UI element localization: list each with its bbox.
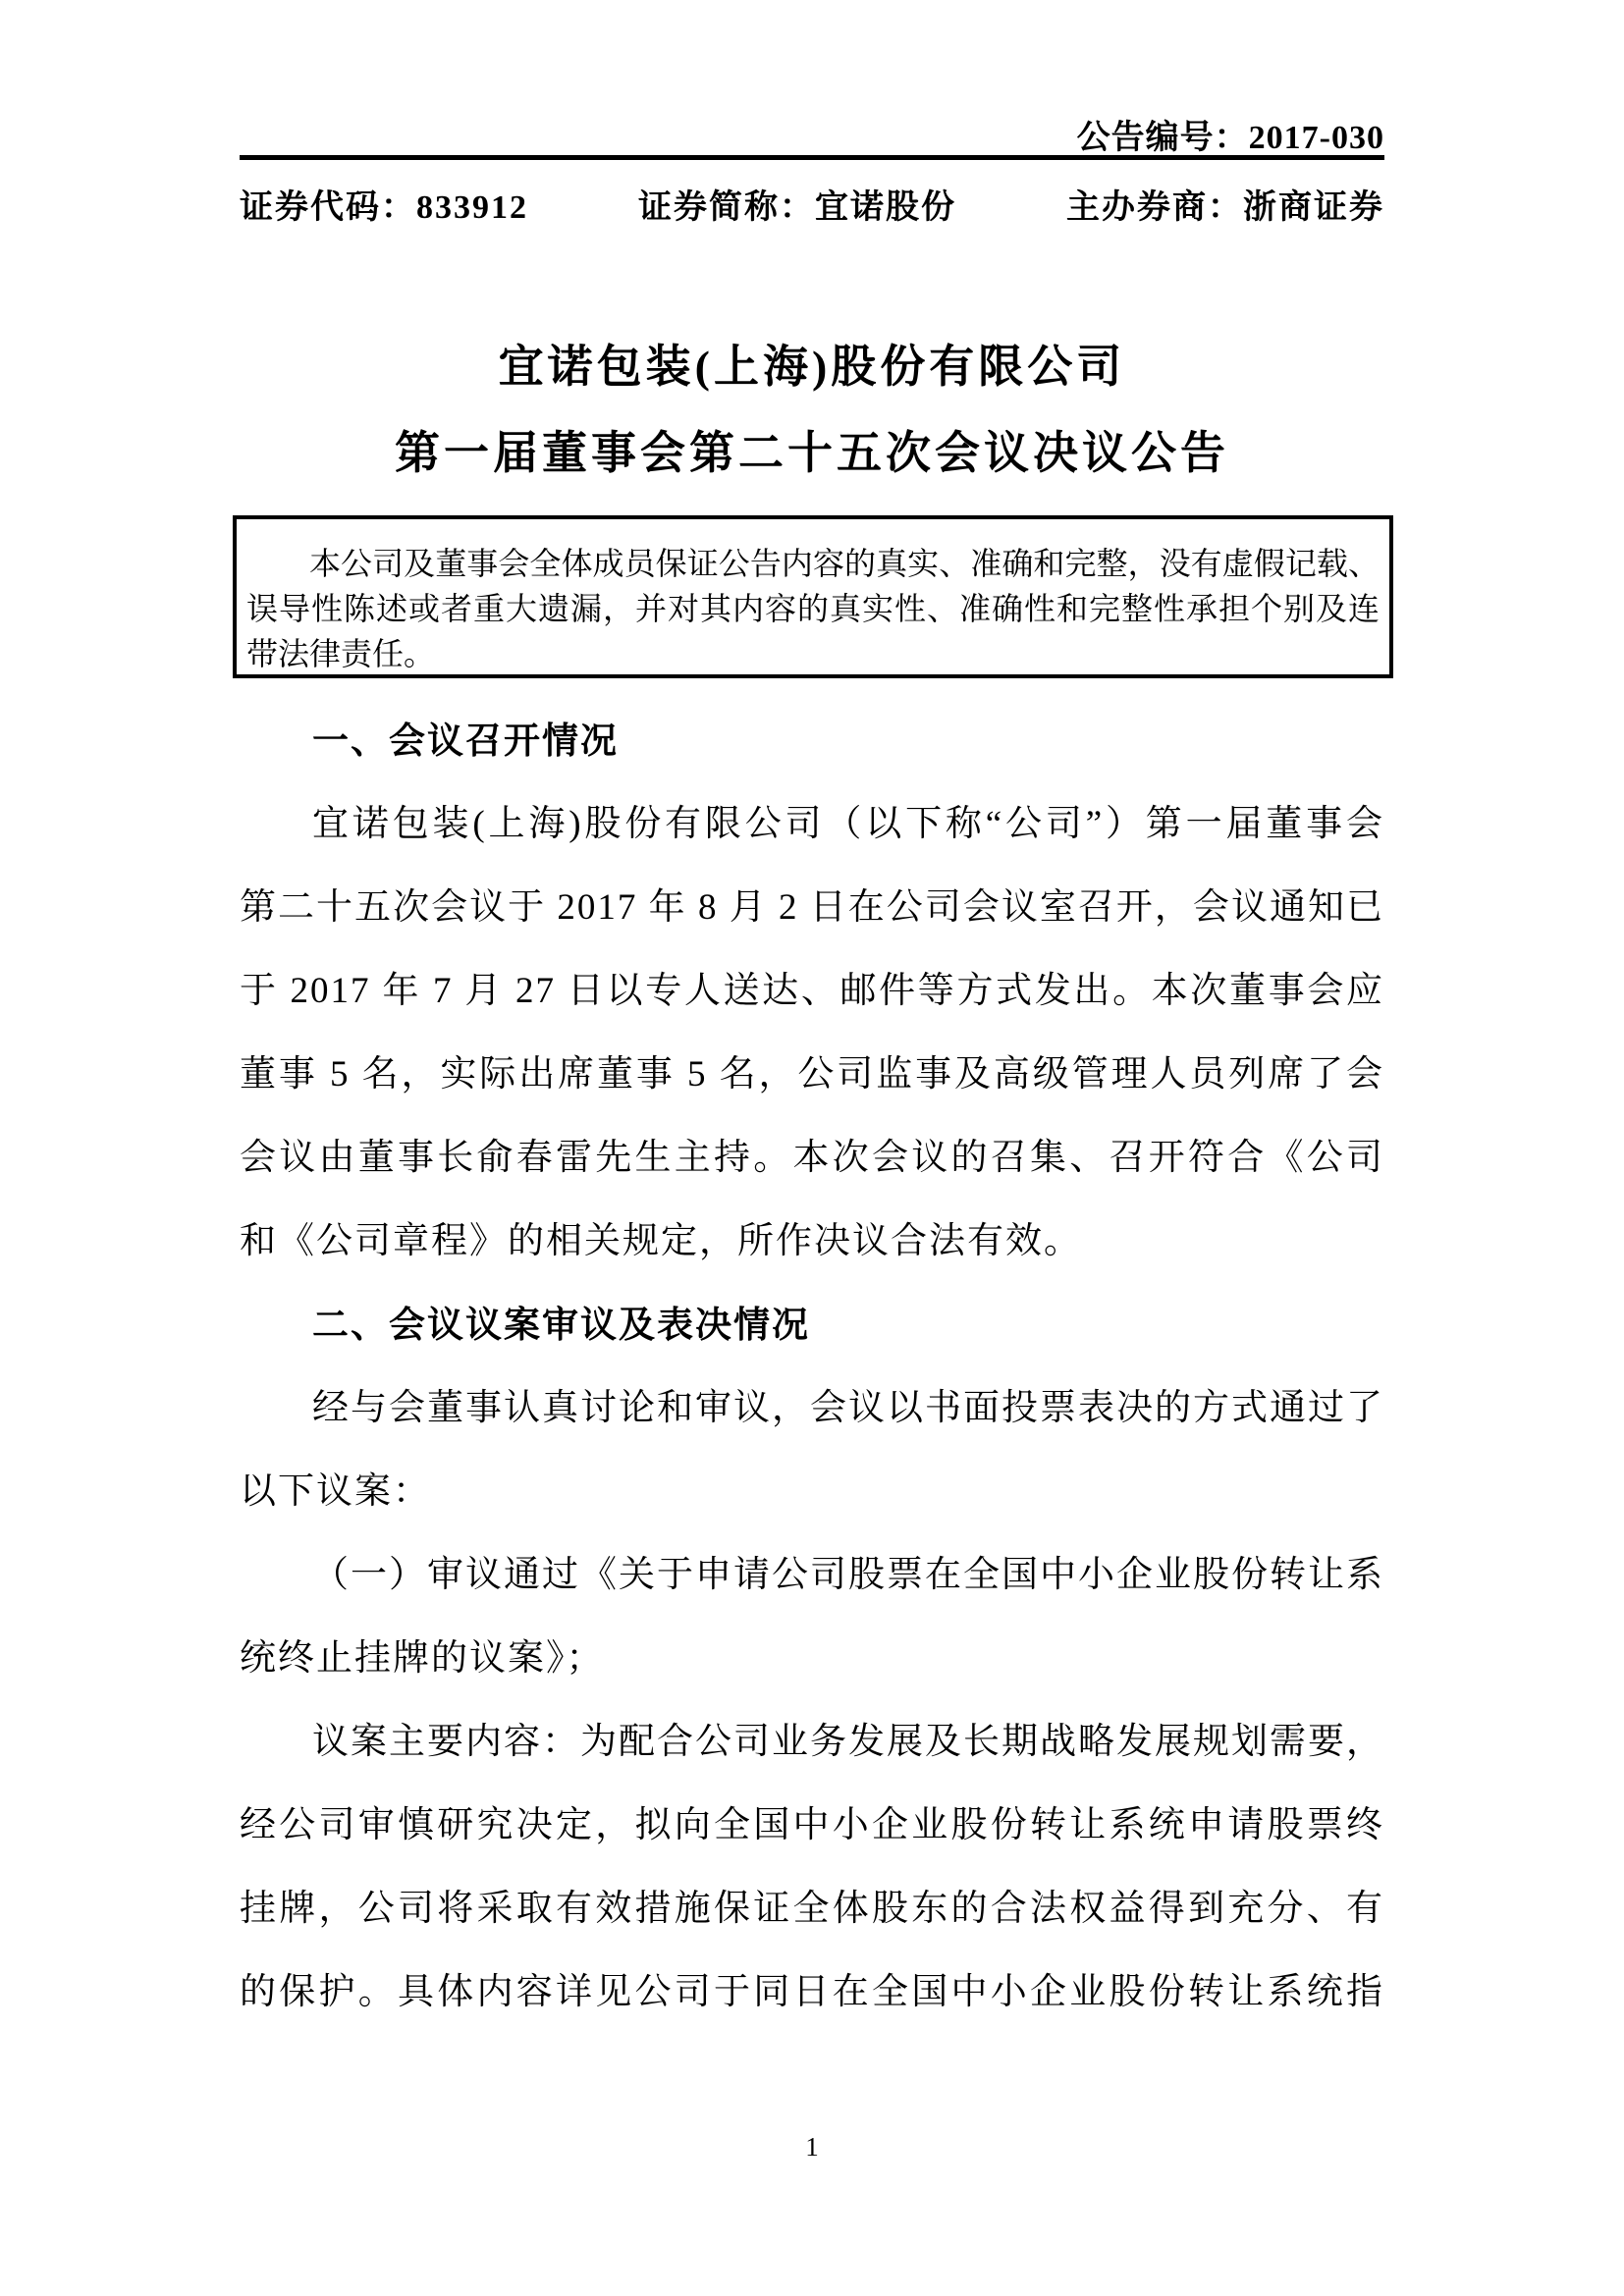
- document-page: 公告编号：2017-030 证券代码：833912 证券简称：宜诺股份 主办券商…: [0, 0, 1624, 2296]
- body-line: 第二十五次会议于 2017 年 8 月 2 日在公司会议室召开，会议通知已: [240, 866, 1384, 949]
- body-line: 的保护。具体内容详见公司于同日在全国中小企业股份转让系统指定: [240, 1950, 1384, 2034]
- body-line: 经与会董事认真讨论和审议，会议以书面投票表决的方式通过了: [240, 1366, 1384, 1450]
- body-line: 于 2017 年 7 月 27 日以专人送达、邮件等方式发出。本次董事会应到: [240, 949, 1384, 1033]
- securities-short-name: 证券简称：宜诺股份: [638, 180, 956, 228]
- disclaimer-line: 本公司及董事会全体成员保证公告内容的真实、准确和完整，没有虚假记载、: [246, 541, 1380, 586]
- body-line: 以下议案：: [240, 1450, 1384, 1533]
- announcement-number: 公告编号：2017-030: [240, 110, 1384, 158]
- document-title: 宜诺包装(上海)股份有限公司 第一届董事会第二十五次会议决议公告: [0, 324, 1624, 497]
- document-title-line-1: 宜诺包装(上海)股份有限公司: [0, 324, 1624, 410]
- body-line: 宜诺包装(上海)股份有限公司（以下称“公司”）第一届董事会: [240, 782, 1384, 866]
- body-line: 经公司审慎研究决定，拟向全国中小企业股份转让系统申请股票终止: [240, 1784, 1384, 1867]
- document-title-line-2: 第一届董事会第二十五次会议决议公告: [0, 410, 1624, 497]
- disclaimer-line: 带法律责任。: [246, 631, 1380, 676]
- body-line: 议案主要内容：为配合公司业务发展及长期战略发展规划需要，: [240, 1700, 1384, 1784]
- document-body: 一、会议召开情况 宜诺包装(上海)股份有限公司（以下称“公司”）第一届董事会 第…: [240, 699, 1384, 2034]
- body-line: （一）审议通过《关于申请公司股票在全国中小企业股份转让系: [240, 1533, 1384, 1617]
- body-line: 董事 5 名，实际出席董事 5 名，公司监事及高级管理人员列席了会议，: [240, 1033, 1384, 1116]
- body-line: 和《公司章程》的相关规定，所作决议合法有效。: [240, 1200, 1384, 1283]
- securities-header-row: 证券代码：833912 证券简称：宜诺股份 主办券商：浙商证券: [240, 180, 1384, 228]
- securities-code: 证券代码：833912: [240, 180, 528, 228]
- section-heading-2: 二、会议议案审议及表决情况: [240, 1283, 1384, 1366]
- section-heading-1: 一、会议召开情况: [240, 699, 1384, 782]
- page-number: 1: [0, 2122, 1624, 2171]
- disclaimer-box: 本公司及董事会全体成员保证公告内容的真实、准确和完整，没有虚假记载、 误导性陈述…: [233, 515, 1393, 678]
- disclaimer-line: 误导性陈述或者重大遗漏，并对其内容的真实性、准确性和完整性承担个别及连: [246, 586, 1380, 631]
- body-line: 统终止挂牌的议案》；: [240, 1617, 1384, 1700]
- header-divider: [240, 155, 1384, 160]
- body-line: 挂牌，公司将采取有效措施保证全体股东的合法权益得到充分、有效: [240, 1867, 1384, 1950]
- body-line: 会议由董事长俞春雷先生主持。本次会议的召集、召开符合《公司法》: [240, 1116, 1384, 1200]
- sponsor-broker: 主办券商：浙商证券: [1066, 180, 1384, 228]
